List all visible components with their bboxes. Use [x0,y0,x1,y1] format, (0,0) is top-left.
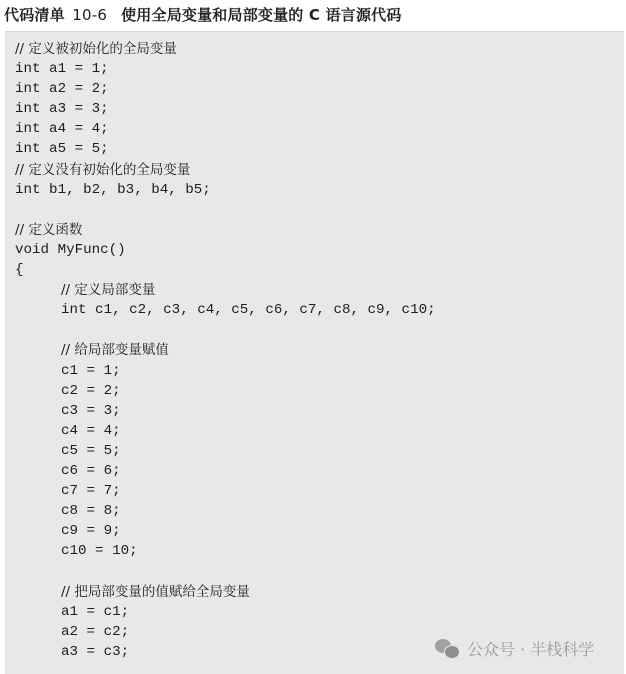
code-comment-line: // 定义被初始化的全局变量 [15,39,436,59]
code-line: int a3 = 3; [15,99,436,119]
code-line: void MyFunc() [15,240,436,260]
code-line: int a5 = 5; [15,139,436,159]
watermark-text: 公众号 · 半栈科学 [467,637,594,660]
listing-number: 10-6 [72,6,107,24]
code-line: c4 = 4; [15,421,436,441]
code-line: int c1, c2, c3, c4, c5, c6, c7, c8, c9, … [15,300,436,320]
code-blank-line [15,561,436,581]
listing-title: 代码清单 10-6使用全局变量和局部变量的 C 语言源代码 [4,4,402,25]
code-comment-line: // 把局部变量的值赋给全局变量 [15,582,436,602]
code-line: int a2 = 2; [15,79,436,99]
code-blank-line [15,200,436,220]
wechat-icon [435,638,461,660]
code-line: int a4 = 4; [15,119,436,139]
code-line: int a1 = 1; [15,59,436,79]
listing-label: 代码清单 [4,6,65,24]
code-line: { [15,260,436,280]
code-block: // 定义被初始化的全局变量int a1 = 1;int a2 = 2;int … [5,31,624,674]
code-line: a3 = c3; [15,642,436,662]
code-line: a2 = c2; [15,622,436,642]
code-blank-line [15,320,436,340]
code-lines: // 定义被初始化的全局变量int a1 = 1;int a2 = 2;int … [15,39,436,662]
code-line: c8 = 8; [15,501,436,521]
code-comment-line: // 定义局部变量 [15,280,436,300]
code-line: c5 = 5; [15,441,436,461]
code-line: c1 = 1; [15,361,436,381]
code-line: int b1, b2, b3, b4, b5; [15,180,436,200]
code-line: c10 = 10; [15,541,436,561]
code-line: a1 = c1; [15,602,436,622]
listing-caption: 使用全局变量和局部变量的 C 语言源代码 [121,6,401,24]
watermark: 公众号 · 半栈科学 [435,637,594,660]
code-line: c6 = 6; [15,461,436,481]
code-comment-line: // 定义没有初始化的全局变量 [15,160,436,180]
code-line: c7 = 7; [15,481,436,501]
code-line: c3 = 3; [15,401,436,421]
code-comment-line: // 给局部变量赋值 [15,340,436,360]
code-line: c9 = 9; [15,521,436,541]
code-line: c2 = 2; [15,381,436,401]
code-comment-line: // 定义函数 [15,220,436,240]
